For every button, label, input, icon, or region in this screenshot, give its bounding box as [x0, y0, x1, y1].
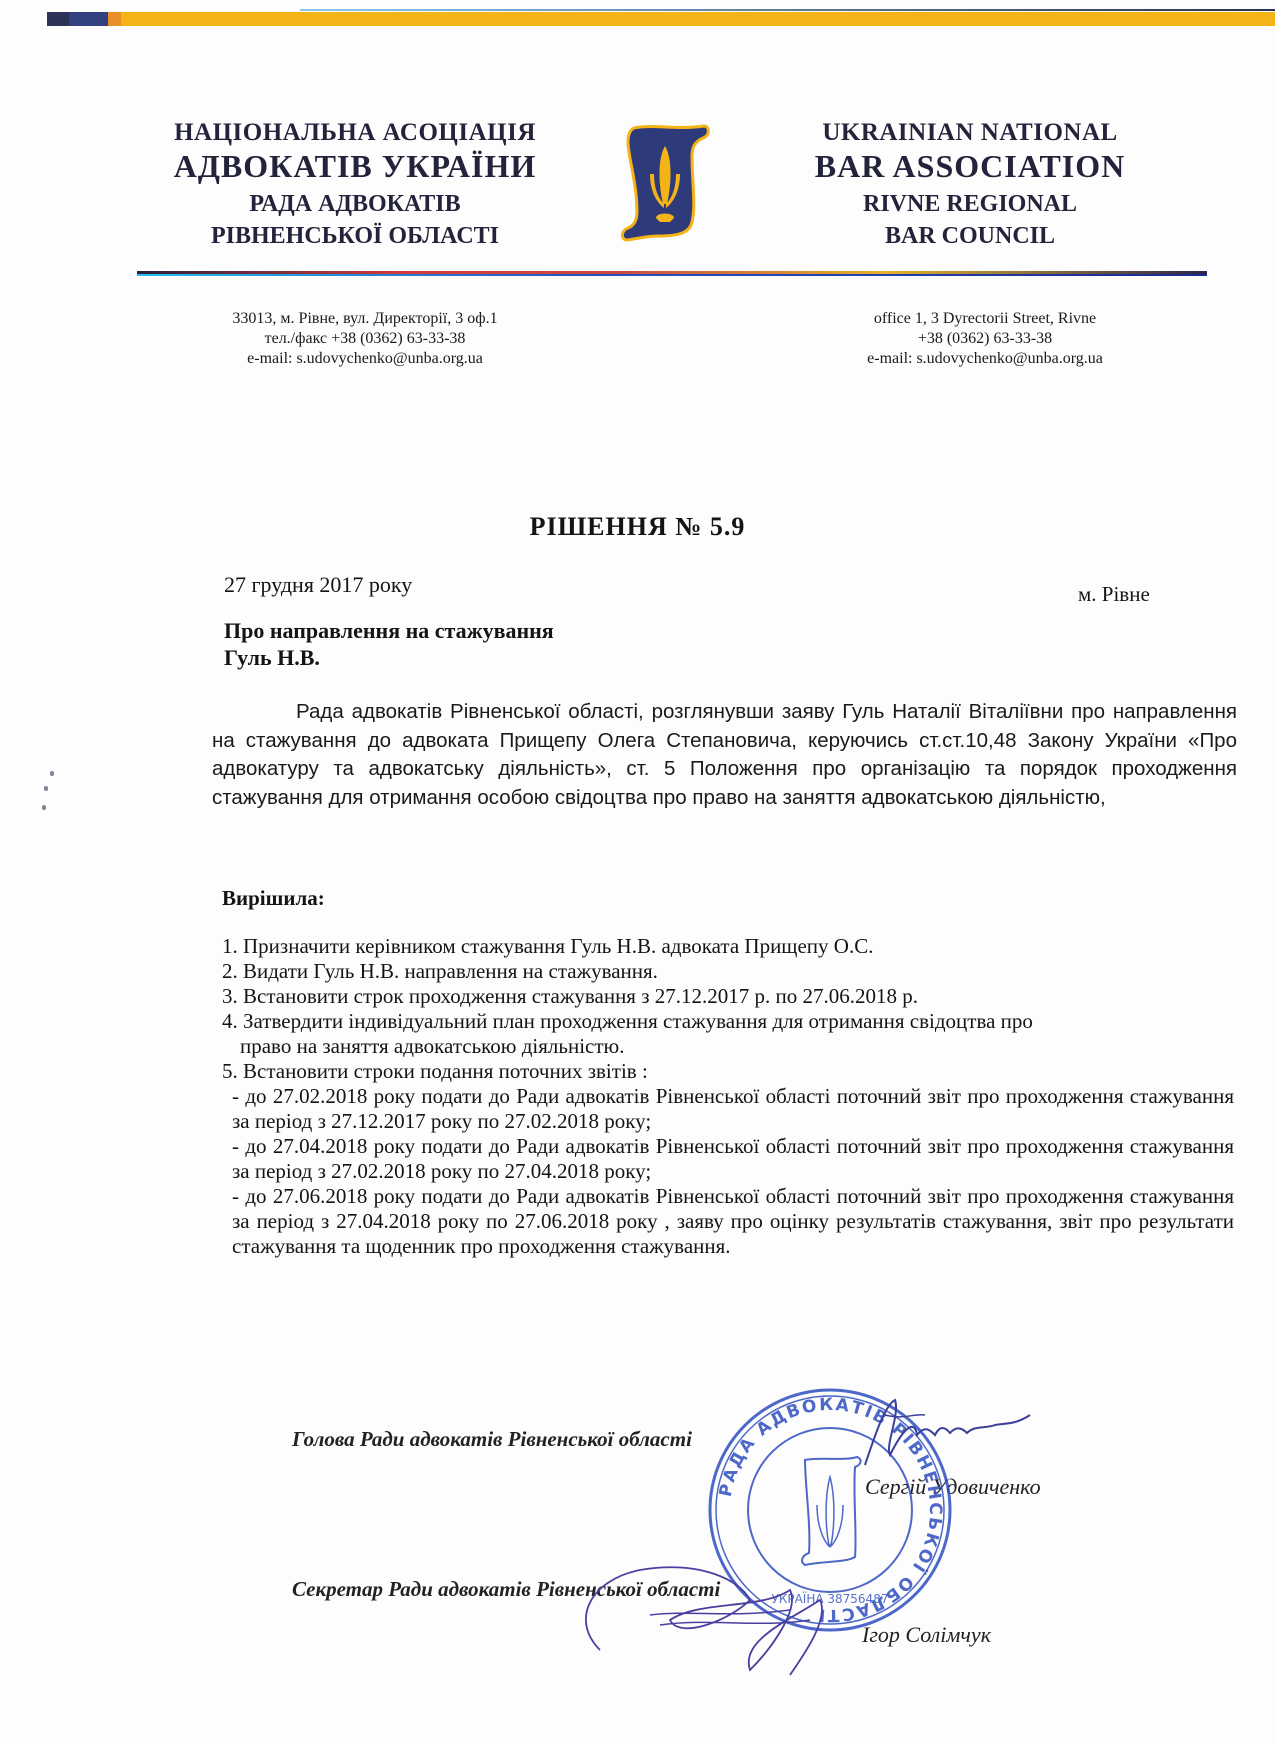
- top-decorative-line: [300, 9, 1275, 11]
- preamble-paragraph: Рада адвокатів Рівненської області, розг…: [212, 698, 1237, 812]
- secretary-signature: [560, 1540, 880, 1680]
- document-title: РІШЕННЯ № 5.9: [0, 512, 1275, 542]
- council-name-line2: РІВНЕНСЬКОЇ ОБЛАСТІ: [160, 220, 550, 252]
- resolution-items: 1. Призначити керівником стажування Гуль…: [222, 934, 1234, 1259]
- resolution-item: 3. Встановити строк проходження стажуван…: [222, 984, 1234, 1009]
- document-date: 27 грудня 2017 року: [224, 572, 412, 598]
- subject-line1: Про направлення на стажування: [224, 617, 554, 644]
- report-deadline: - до 27.04.2018 року подати до Ради адво…: [222, 1134, 1234, 1184]
- letterhead-color-band: [47, 12, 1275, 26]
- report-deadline: - до 27.06.2018 року подати до Ради адво…: [222, 1184, 1234, 1259]
- chair-signature: [845, 1395, 1035, 1475]
- org-name-line2: АДВОКАТІВ УКРАЇНИ: [160, 148, 550, 184]
- resolution-item: 5. Встановити строки подання поточних зв…: [222, 1059, 1234, 1084]
- org-name-line1: НАЦІОНАЛЬНА АСОЦІАЦІЯ: [160, 118, 550, 148]
- letterhead-ukrainian: НАЦІОНАЛЬНА АСОЦІАЦІЯ АДВОКАТІВ УКРАЇНИ …: [160, 118, 550, 252]
- resolution-item: 4. Затвердити індивідуальний план проход…: [222, 1009, 1234, 1034]
- resolution-item: 1. Призначити керівником стажування Гуль…: [222, 934, 1234, 959]
- document-city: м. Рівне: [1078, 582, 1150, 607]
- resolved-heading: Вирішила:: [222, 886, 325, 911]
- email-en: e-mail: s.udovychenko@unba.org.ua: [820, 349, 1150, 369]
- report-deadline: - до 27.02.2018 року подати до Ради адво…: [222, 1084, 1234, 1134]
- address-en: office 1, 3 Dyrectorii Street, Rivne: [820, 309, 1150, 329]
- phone-en: +38 (0362) 63-33-38: [820, 329, 1150, 349]
- letterhead-english: UKRAINIAN NATIONAL BAR ASSOCIATION RIVNE…: [800, 118, 1140, 252]
- contact-block-english: office 1, 3 Dyrectorii Street, Rivne +38…: [820, 309, 1150, 369]
- document-subject: Про направлення на стажування Гуль Н.В.: [224, 617, 554, 671]
- scroll-trident-quill-icon: [620, 124, 710, 242]
- scan-speck: [44, 786, 48, 791]
- address: 33013, м. Рівне, вул. Директорії, 3 оф.1: [190, 309, 540, 329]
- subject-line2: Гуль Н.В.: [224, 644, 554, 671]
- council-name-en-line1: RIVNE REGIONAL: [800, 188, 1140, 220]
- council-name-line1: РАДА АДВОКАТІВ: [160, 188, 550, 220]
- scan-speck: [42, 805, 46, 810]
- resolution-item-continuation: право на заняття адвокатською діяльністю…: [222, 1034, 1234, 1059]
- org-name-en-line2: BAR ASSOCIATION: [800, 148, 1140, 184]
- council-name-en-line2: BAR COUNCIL: [800, 220, 1140, 252]
- contact-block-ukrainian: 33013, м. Рівне, вул. Директорії, 3 оф.1…: [190, 309, 540, 369]
- letterhead-divider-underline: [137, 274, 1207, 276]
- phone: тел./факс +38 (0362) 63-33-38: [190, 329, 540, 349]
- scan-speck: [50, 771, 54, 776]
- chair-role: Голова Ради адвокатів Рівненської област…: [292, 1427, 692, 1452]
- org-name-en-line1: UKRAINIAN NATIONAL: [800, 118, 1140, 148]
- resolution-item: 2. Видати Гуль Н.В. направлення на стажу…: [222, 959, 1234, 984]
- email: e-mail: s.udovychenko@unba.org.ua: [190, 349, 540, 369]
